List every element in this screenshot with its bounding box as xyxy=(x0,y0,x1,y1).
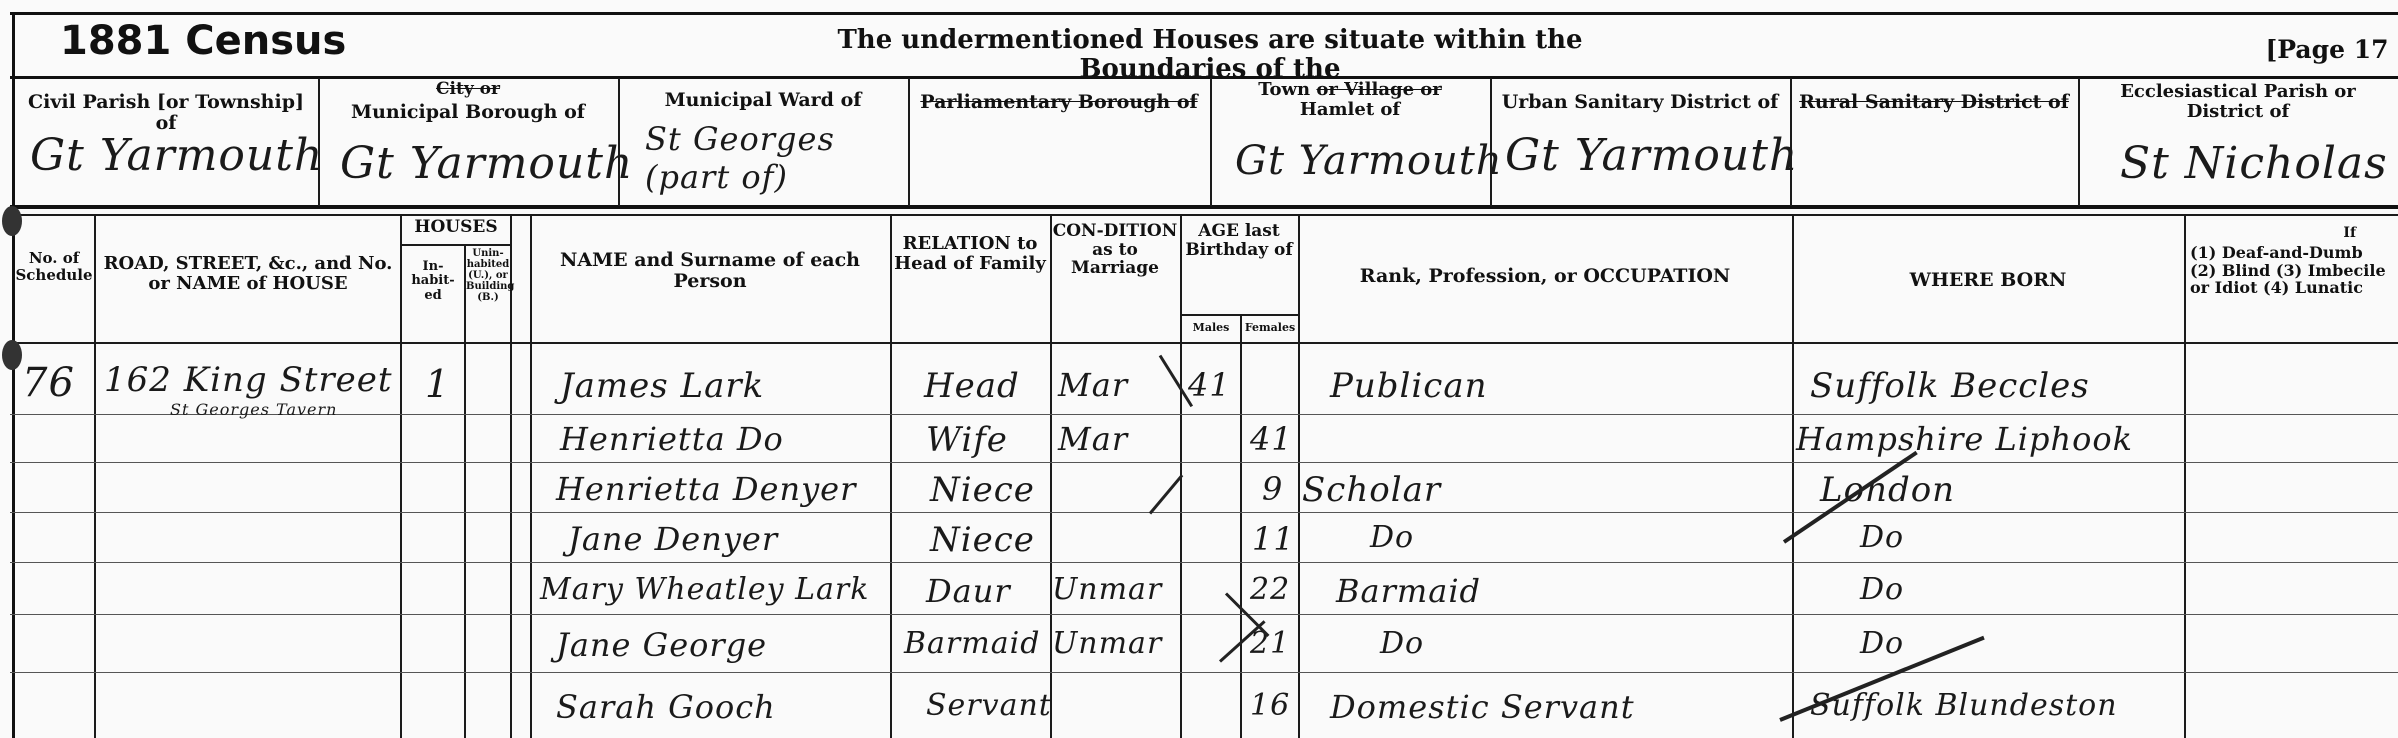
boundary-label-civil-parish: Civil Parish [or Township] of xyxy=(16,92,316,134)
rule xyxy=(400,214,402,738)
person-born: Hampshire Liphook xyxy=(1796,420,2133,458)
col-age: AGE last Birthday of xyxy=(1182,222,1296,259)
boundary-label-urban-sanitary: Urban Sanitary District of xyxy=(1492,92,1788,113)
boundary-value-civil-parish: Gt Yarmouth xyxy=(30,130,323,181)
boundary-value-municipal-borough: Gt Yarmouth xyxy=(340,138,633,189)
person-name: Henrietta Do xyxy=(560,420,784,458)
rule xyxy=(1240,314,1242,738)
page-number: [Page 17 xyxy=(2262,36,2392,64)
person-name: Jane Denyer xyxy=(568,520,778,558)
col-born: WHERE BORN xyxy=(1794,270,2182,291)
rule xyxy=(1792,214,1794,738)
boundary-label-ward: Municipal Ward of xyxy=(620,90,906,111)
town-prefix: Town xyxy=(1258,79,1310,100)
boundary-label-city-struck: City or xyxy=(320,80,616,99)
title-badge: 1881 Census xyxy=(60,18,346,64)
rule xyxy=(10,672,2398,673)
rule xyxy=(530,214,532,738)
col-uninhabited: Unin-habited (U.), or Building (B.) xyxy=(466,248,510,303)
person-name: Henrietta Denyer xyxy=(556,470,856,508)
boundary-label-municipal-borough: Municipal Borough of xyxy=(320,102,616,123)
town-struck: or Village or xyxy=(1316,79,1441,100)
boundary-label-town: Town or Village or Hamlet of xyxy=(1212,80,1488,120)
boundary-value-urban-sanitary: Gt Yarmouth xyxy=(1505,130,1798,181)
person-female-age: 21 xyxy=(1250,626,1290,661)
rule xyxy=(10,562,2398,563)
rule xyxy=(510,214,512,738)
person-relation: Barmaid xyxy=(904,626,1040,661)
rule xyxy=(10,12,2398,15)
rule xyxy=(12,12,15,738)
person-name: Jane George xyxy=(556,626,767,664)
rule xyxy=(10,205,2398,209)
col-name: NAME and Surname of each Person xyxy=(560,250,860,292)
rule xyxy=(402,244,510,246)
col-infirmity: (1) Deaf-and-Dumb (2) Blind (3) Imbecile… xyxy=(2190,244,2390,297)
banner-text: The undermentioned Houses are situate wi… xyxy=(760,26,1660,83)
address-sub: St Georges Tavern xyxy=(170,400,337,419)
tally-mark xyxy=(1149,474,1183,514)
person-condition: Unmar xyxy=(1052,626,1162,661)
boundary-value-ward: St Georges (part of) xyxy=(645,120,885,197)
person-born: Do xyxy=(1860,520,1904,555)
binding-hole xyxy=(2,340,22,370)
person-condition: Mar xyxy=(1058,366,1128,404)
person-male-age: 41 xyxy=(1188,366,1231,404)
boundary-label-parliamentary: Parliamentary Borough of xyxy=(910,92,1208,113)
rule xyxy=(890,214,892,738)
person-relation: Servant xyxy=(926,688,1052,723)
person-born: Do xyxy=(1860,572,1904,607)
rule xyxy=(10,414,2398,415)
col-infirmity-if: If xyxy=(2186,226,2396,241)
person-relation: Niece xyxy=(930,520,1035,560)
binding-hole xyxy=(2,206,22,236)
person-occupation: Domestic Servant xyxy=(1330,688,1635,726)
census-page: 1881 Census The undermentioned Houses ar… xyxy=(0,0,2398,738)
col-occupation: Rank, Profession, or OCCUPATION xyxy=(1300,266,1790,287)
person-relation: Daur xyxy=(926,572,1011,610)
person-name: Sarah Gooch xyxy=(556,688,776,726)
rule xyxy=(10,614,2398,615)
person-female-age: 16 xyxy=(1250,688,1290,723)
person-born: Suffolk Blundeston xyxy=(1810,688,2118,723)
person-occupation: Publican xyxy=(1330,366,1488,406)
col-inhabited: In-habit-ed xyxy=(404,260,462,303)
col-males: Males xyxy=(1182,322,1240,334)
rule xyxy=(10,462,2398,463)
rule xyxy=(1298,214,1300,738)
boundary-label-ecclesiastical: Ecclesiastical Parish or District of xyxy=(2080,82,2396,122)
inhabited-count: 1 xyxy=(425,362,450,406)
person-name: James Lark xyxy=(560,366,764,406)
person-female-age: 11 xyxy=(1252,520,1295,558)
person-condition: Mar xyxy=(1058,420,1128,458)
person-occupation: Do xyxy=(1380,626,1424,661)
schedule-number: 76 xyxy=(22,360,75,406)
col-road: ROAD, STREET, &c., and No. or NAME of HO… xyxy=(98,254,398,294)
person-female-age: 22 xyxy=(1250,572,1290,607)
person-born: Do xyxy=(1860,626,1904,661)
col-condition: CON-DITION as to Marriage xyxy=(1052,222,1178,278)
rule xyxy=(2184,214,2186,738)
col-houses: HOUSES xyxy=(402,218,510,237)
boundary-label-rural-sanitary: Rural Sanitary District of xyxy=(1792,92,2076,113)
person-relation: Head xyxy=(924,366,1020,406)
address: 162 King Street xyxy=(104,360,393,400)
col-relation: RELATION to Head of Family xyxy=(892,234,1048,274)
person-occupation: Do xyxy=(1370,520,1414,555)
person-relation: Niece xyxy=(930,470,1035,510)
person-female-age: 41 xyxy=(1250,420,1293,458)
rule xyxy=(464,244,466,738)
person-occupation: Barmaid xyxy=(1336,572,1481,610)
person-name: Mary Wheatley Lark xyxy=(540,572,869,607)
person-born: Suffolk Beccles xyxy=(1810,366,2090,406)
town-label: Hamlet of xyxy=(1300,99,1400,120)
rule xyxy=(10,214,2398,216)
person-relation: Wife xyxy=(926,420,1008,460)
rule xyxy=(10,512,2398,513)
boundary-value-ecclesiastical: St Nicholas xyxy=(2120,138,2388,189)
rule xyxy=(10,76,2398,79)
col-females: Females xyxy=(1242,322,1298,334)
person-condition: Unmar xyxy=(1052,572,1162,607)
person-female-age: 9 xyxy=(1262,470,1283,508)
col-schedule: No. of Schedule xyxy=(14,250,94,283)
boundary-value-town: Gt Yarmouth xyxy=(1235,138,1503,184)
person-occupation: Scholar xyxy=(1302,470,1441,510)
rule xyxy=(10,342,2398,344)
rule xyxy=(94,214,96,738)
